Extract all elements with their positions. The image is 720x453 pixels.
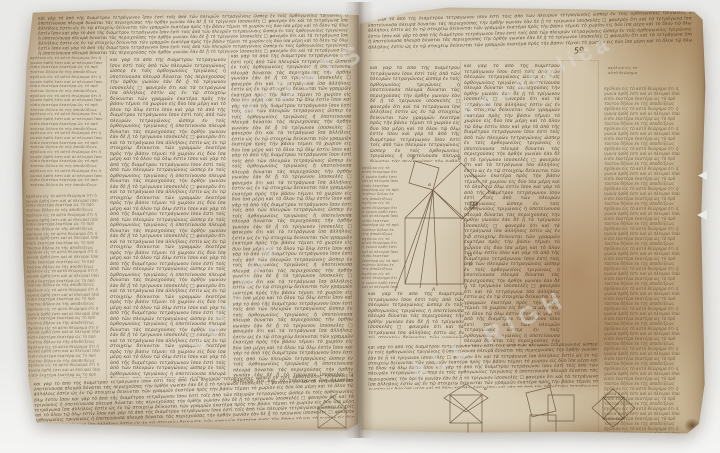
right-page-right-margin-column: σχόλιον εἰς τὸ αὐτὸ θεώρημα ὅτι ἡ γωνία … xyxy=(604,86,688,434)
left-page-margin-column-lower: σχόλιον εἰς τὸ αὐτὸ θεώρημα ὅτι ἡ γωνία … xyxy=(26,193,107,378)
manuscript-photo: καὶ γὰρ τὸ ἀπὸ τῆς διαμέτρου τετράγωνον … xyxy=(0,0,720,453)
column-rule xyxy=(106,56,107,382)
diagram-label-right-top: θ xyxy=(458,156,461,162)
corner-damage-spot xyxy=(684,418,700,433)
bottom-diagram-overlapping-squares: Δ xyxy=(512,385,580,435)
diagram-label-left-top: β xyxy=(412,155,415,161)
diagram-label-right-point: Κ xyxy=(492,190,496,196)
grid-square-mark xyxy=(470,202,477,208)
right-page: καὶ γὰρ τὸ ἀπὸ τῆς διαμέτρου τετράγωνον … xyxy=(358,4,706,436)
folio-number: 59 xyxy=(573,45,584,55)
bottom-diagram-label: Δ xyxy=(547,382,551,388)
diagram-label-apex: α xyxy=(428,183,431,188)
diagram-side-mark: θ xyxy=(469,262,472,268)
left-page-top-scholia: καὶ γὰρ τὸ ἀπὸ τῆς διαμέτρου τετράγωνον … xyxy=(38,12,348,55)
diagram-side-mark: ιβ xyxy=(468,252,473,258)
bottom-diagram-diamond-rect xyxy=(590,387,638,431)
diagram-label-corner: Γ xyxy=(466,220,469,226)
left-page: καὶ γὰρ τὸ ἀπὸ τῆς διαμέτρου τετράγωνον … xyxy=(22,4,360,434)
column-rule xyxy=(562,60,563,390)
right-page-margin-note: σχόλιον εἰς τὸ αὐτὸ θεώρημα ὅτι ἡ γωνία … xyxy=(608,66,638,76)
left-page-center-column: καὶ γὰρ τὸ ἀπὸ τῆς διαμέτρου τετράγωνον … xyxy=(110,58,226,378)
codex-spread: καὶ γὰρ τὸ ἀπὸ τῆς διαμέτρου τετράγωνον … xyxy=(0,0,720,453)
bottom-diagram-label: α xyxy=(484,387,487,392)
diagram-side-mark: ς xyxy=(469,233,472,238)
diagram-label-bottom-left: Λ xyxy=(431,287,435,293)
right-page-left-column-lower: καὶ γὰρ τὸ ἀπὸ τῆς διαμέτρου τετράγωνον … xyxy=(368,292,464,338)
right-page-left-column-upper: καὶ γὰρ τὸ ἀπὸ τῆς διαμέτρου τετράγωνον … xyxy=(370,66,460,162)
header-rule xyxy=(368,60,598,61)
right-page-surface: καὶ γὰρ τὸ ἀπὸ τῆς διαμέτρου τετράγωνον … xyxy=(358,4,706,436)
left-page-square-diagram xyxy=(306,394,356,432)
right-page-top-scholia: καὶ γὰρ τὸ ἀπὸ τῆς διαμέτρου τετράγωνον … xyxy=(368,10,693,51)
column-rule xyxy=(228,54,229,384)
left-page-margin-column-upper: σχόλιον εἰς τὸ αὐτὸ θεώρημα ὅτι ἡ γωνία … xyxy=(30,56,104,186)
bottom-diagram-square-x: α xyxy=(438,383,500,433)
diagram-label-bottom-right: ε xyxy=(465,286,468,291)
euclid-pythagorean-diagram: α β θ Κ Γ Λ ε ς ξ ιβ θ xyxy=(392,158,500,292)
diagram-side-mark: ξ xyxy=(468,242,472,248)
left-page-right-column: καὶ γὰρ τὸ ἀπὸ τῆς διαμέτρου τετράγωνον … xyxy=(231,54,353,383)
left-page-surface: καὶ γὰρ τὸ ἀπὸ τῆς διαμέτρου τετράγωνον … xyxy=(22,4,360,434)
